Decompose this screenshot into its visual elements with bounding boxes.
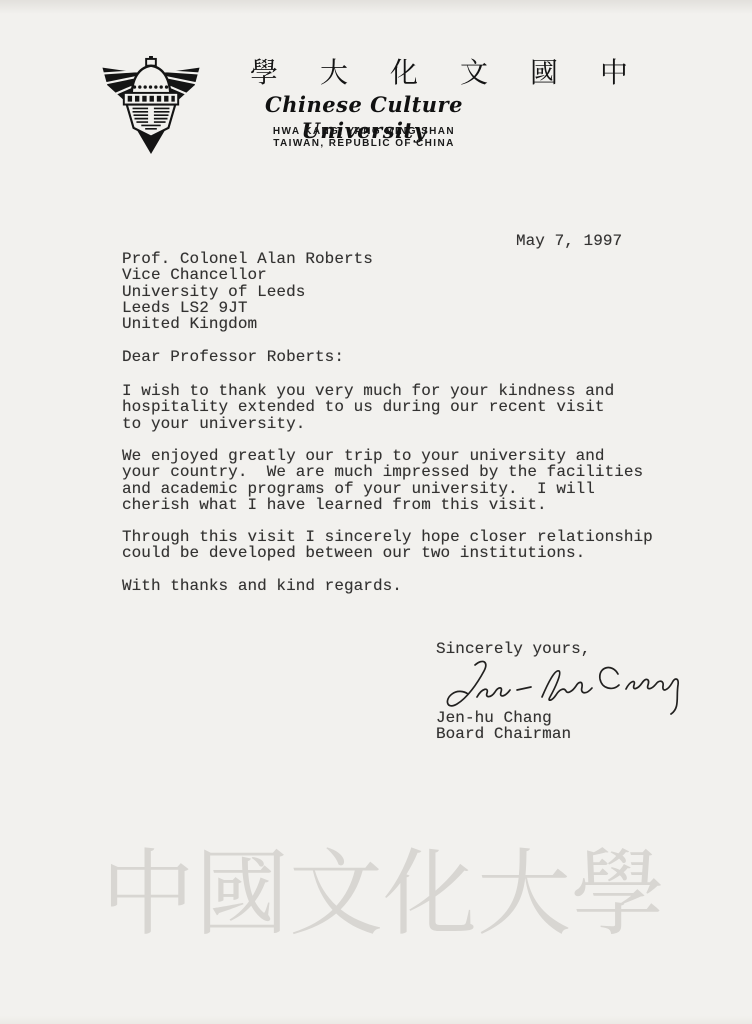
university-watermark: 中國文化大學 (101, 846, 665, 944)
closing-phrase: Sincerely yours, (436, 641, 590, 657)
letterhead-address-line2: TAIWAN, REPUBLIC OF CHINA (204, 138, 524, 149)
body-paragraph-4: With thanks and kind regards. (122, 578, 402, 594)
letter-date: May 7, 1997 (516, 233, 622, 249)
body-paragraph-2: We enjoyed greatly our trip to your univ… (122, 448, 643, 513)
recipient-address-block: Prof. Colonel Alan Roberts Vice Chancell… (122, 251, 373, 332)
body-paragraph-3: Through this visit I sincerely hope clos… (122, 529, 653, 562)
signer-title: Board Chairman (436, 726, 571, 742)
university-bell-emblem-icon (97, 56, 205, 156)
university-name-chinese: 學大化文國中 (250, 58, 670, 88)
letter-page: 學大化文國中 Chinese Culture University HWA KA… (0, 0, 752, 1024)
letterhead-address-line1: HWA KANG, YANG MING SHAN (204, 126, 524, 137)
body-paragraph-1: I wish to thank you very much for your k… (122, 383, 614, 432)
signer-name: Jen-hu Chang (436, 710, 552, 726)
salutation: Dear Professor Roberts: (122, 349, 344, 365)
